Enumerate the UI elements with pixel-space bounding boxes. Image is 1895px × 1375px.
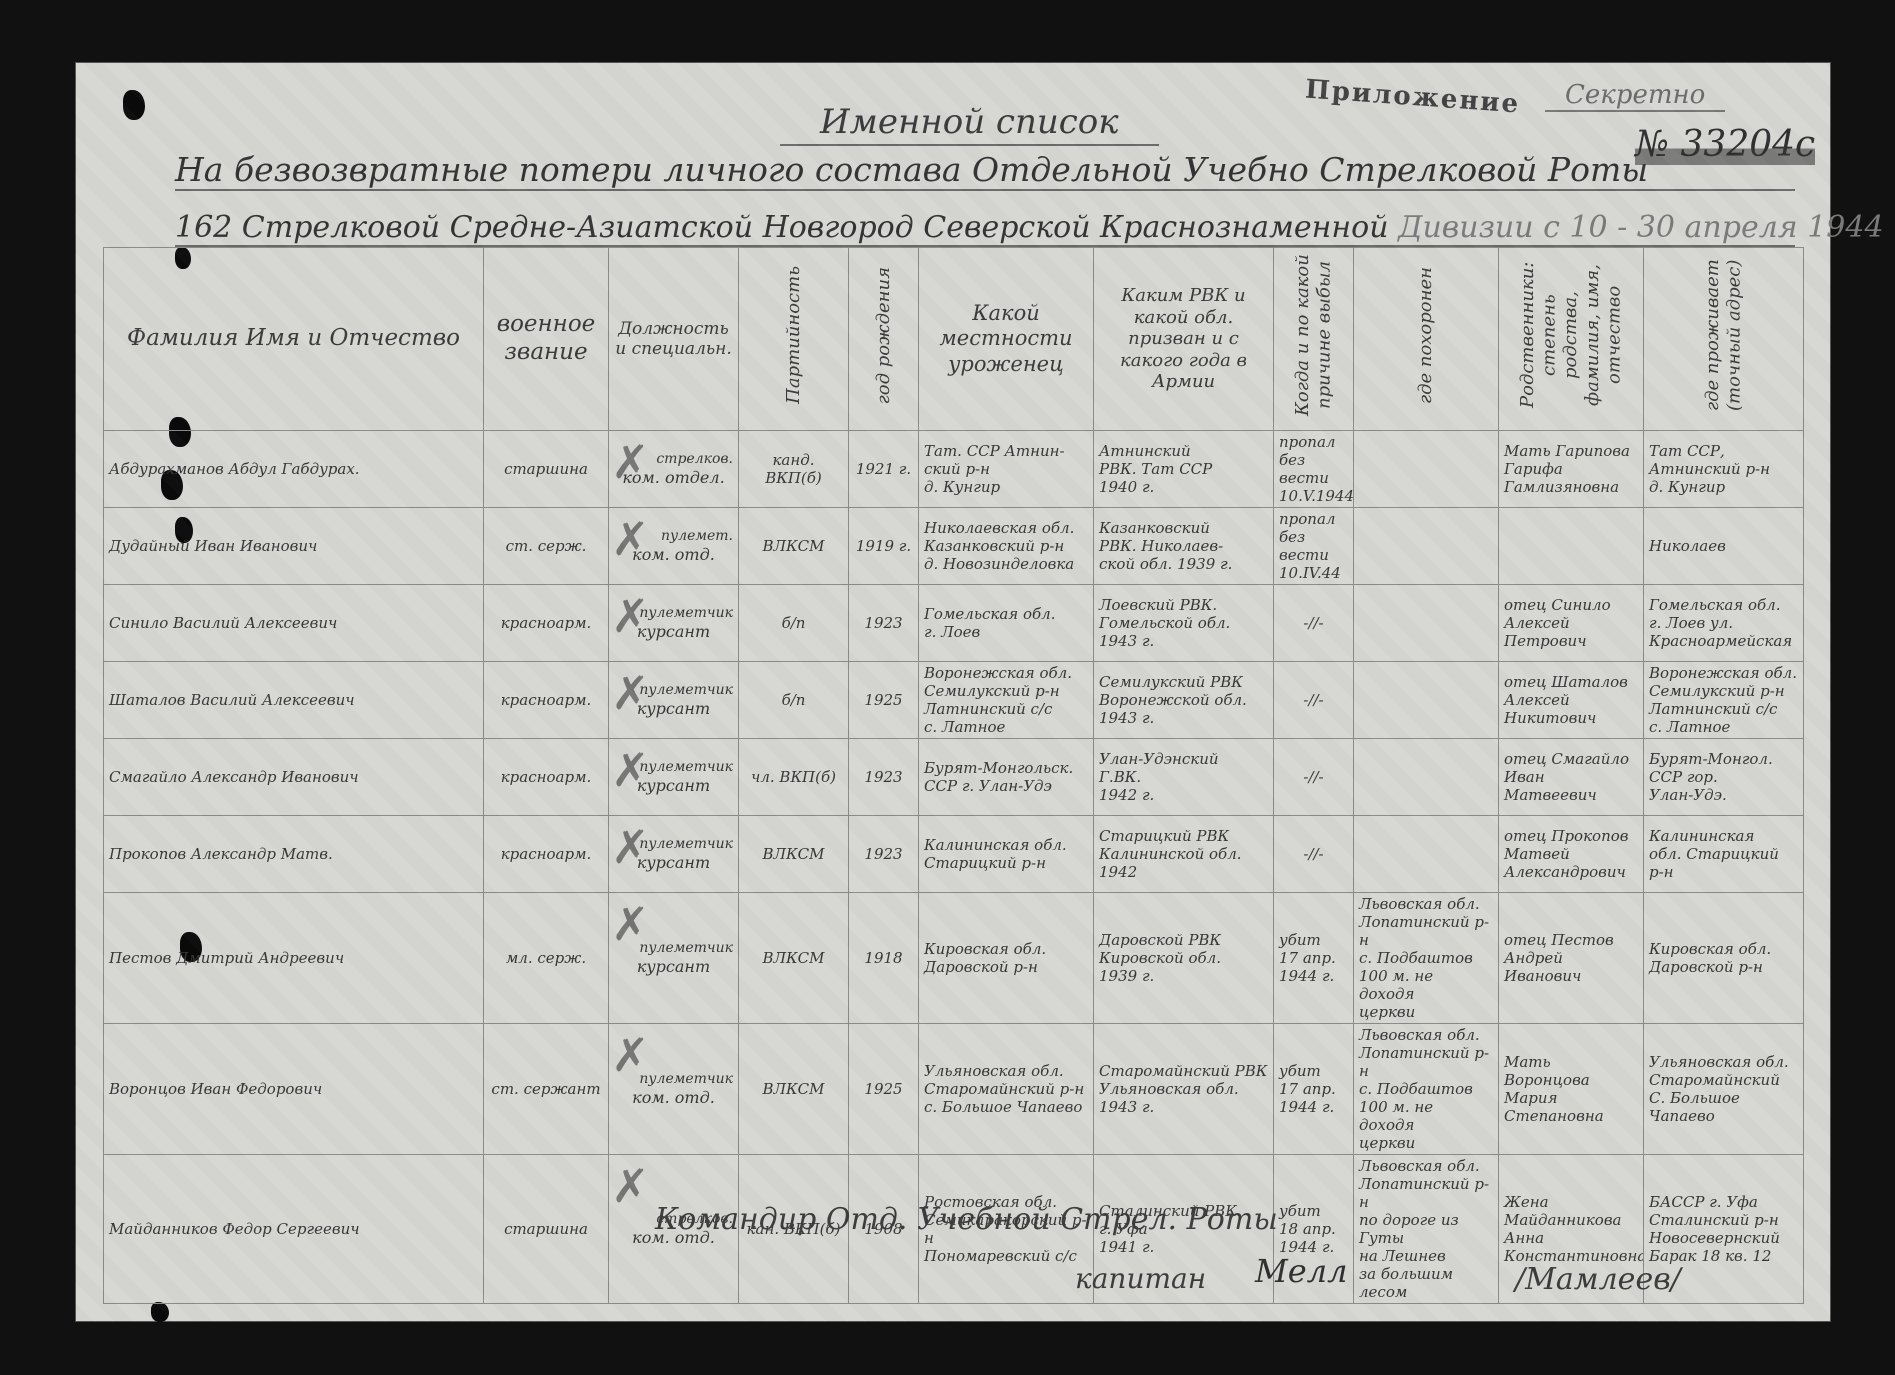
cell-address: Гомельская обл.г. Лоев ул.Красноармейска… [1644,585,1804,662]
cell-rank: красноарм. [484,585,609,662]
cell-reason-line: 1944 г. [1279,1098,1348,1116]
full-name-text: Дудайный Иван Иванович [109,537,317,555]
cell-relatives-line: Петрович [1504,632,1638,650]
cell-birthplace: Воронежская обл.Семилукский р-нЛатнински… [919,662,1094,739]
cell-address: Бурят-Монгол.ССР гор.Улан-Удэ. [1644,739,1804,816]
cell-relatives-line: Мать [1504,1053,1638,1071]
cell-birthplace-line: Ульяновская обл. [924,1062,1088,1080]
header-relatives-text: Родственники: степень родства, фамилия, … [1517,250,1625,420]
cell-relatives-line: Майданникова [1504,1211,1638,1229]
cell-buried [1354,662,1499,739]
cell-relatives: отец ПрокоповМатвейАлександрович [1499,816,1644,893]
cell-birthplace-line: д. Кунгир [924,478,1088,496]
cell-conscripted-line: 1939 г. [1099,967,1268,985]
cell-relatives-line: Мария [1504,1089,1638,1107]
cell-conscripted: Даровской РВККировской обл.1939 г. [1094,893,1274,1024]
cell-conscripted-line: 1942 г. [1099,786,1268,804]
cell-conscripted-line: ской обл. 1939 г. [1099,555,1268,573]
cell-conscripted-line: Атнинский [1099,442,1268,460]
punch-hole-mark [123,90,145,120]
cell-birthplace-line: Старомайнский р-н [924,1080,1088,1098]
cell-address: Ульяновская обл.СтаромайнскийС. Большое … [1644,1024,1804,1155]
cell-address-line: Гомельская обл. [1649,596,1798,614]
table-row: 6Прокопов Александр Матв.красноарм.✗пуле… [104,816,1804,893]
cell-birth-year: 1925 [849,662,919,739]
cell-conscripted-line: Гомельской обл. [1099,614,1268,632]
cell-position: ✗стрелков.ком. отдел. [609,431,739,508]
cell-conscripted-line: Старицкий РВК [1099,827,1268,845]
cell-birth-year: 1921 г. [849,431,919,508]
cell-buried [1354,585,1499,662]
cell-address-line: Семилукский р-н [1649,682,1798,700]
cell-conscripted-line: Даровской РВК [1099,931,1268,949]
cell-address-line: Николаев [1649,537,1798,555]
cell-relatives-line: отец Синило [1504,596,1638,614]
cell-position: ✗пулеметчиккурсант [609,739,739,816]
cell-address-line: Бурят-Монгол. [1649,750,1798,768]
secrecy-mark: Секретно [1545,80,1725,112]
cell-address-line: С. Большое Чапаево [1649,1089,1798,1125]
cell-birthplace-line: Даровской р-н [924,958,1088,976]
cell-birthplace-line: ССР г. Улан-Удэ [924,777,1088,795]
cell-relatives-line: Иван [1504,768,1638,786]
cell-full-name: 6Прокопов Александр Матв. [104,816,484,893]
cell-birthplace-line: Старицкий р-н [924,854,1088,872]
cell-buried [1354,816,1499,893]
header-full-name: Фамилия Имя и Отчество [104,248,484,431]
cell-conscripted-line: 1940 г. [1099,478,1268,496]
cell-address-line: Даровской р-н [1649,958,1798,976]
cell-reason-line: без вести [1279,528,1348,564]
full-name-text: Пестов Дмитрий Андреевич [109,949,344,967]
header-conscripted: Каким РВК и какой обл. призван и с каког… [1094,248,1274,431]
cell-party: ВЛКСМ [739,1024,849,1155]
cell-address: Воронежская обл.Семилукский р-нЛатнински… [1644,662,1804,739]
cell-address-line: Кировская обл. [1649,940,1798,958]
cell-birthplace-line: Пономаревский с/с [924,1247,1088,1265]
cell-address: Кировская обл.Даровской р-н [1644,893,1804,1024]
cell-reason: -//- [1274,662,1354,739]
header-buried-text: где похоронен [1415,267,1437,404]
checkmark-icon: ✗ [611,666,650,721]
checkmark-icon: ✗ [611,1028,650,1083]
cell-conscripted-line: РВК. Тат ССР [1099,460,1268,478]
signatory-title: Командир Отд. Учебной Стрел. Роты [655,1202,1278,1237]
heading-line-2: 162 Стрелковой Средне-Азиатской Новгород… [175,210,1795,247]
cell-address-line: Красноармейская [1649,632,1798,650]
heading-line-1: На безвозвратные потери личного состава … [175,150,1795,191]
cell-reason-line: 10.V.1944 [1279,487,1348,505]
cell-address-line: Атнинский р-н [1649,460,1798,478]
cell-relatives-line: Матвей [1504,845,1638,863]
cell-full-name: 1Абдурахманов Абдул Габдурах. [104,431,484,508]
cell-address-line: с. Латное [1649,718,1798,736]
header-reason: Когда и по какой причине выбыл [1274,248,1354,431]
position-role: курсант [614,957,733,976]
cell-buried-line: с. Подбаштов [1359,949,1493,967]
header-birth-year: год рождения [849,248,919,431]
cell-relatives [1499,508,1644,585]
cell-address-line: Калининская [1649,827,1798,845]
cell-relatives-line: Анна [1504,1229,1638,1247]
cell-buried-line: Львовская обл. [1359,1157,1493,1175]
cell-address-line: Сталинский р-н [1649,1211,1798,1229]
checkmark-icon: ✗ [611,512,650,567]
cell-conscripted-line: РВК. Николаев- [1099,537,1268,555]
cell-address-line: Улан-Удэ. [1649,786,1798,804]
cell-birthplace-line: Латнинский с/с [924,700,1088,718]
cell-birthplace-line: Семилукский р-н [924,682,1088,700]
cell-reason: убит17 апр.1944 г. [1274,1024,1354,1155]
cell-conscripted-line: Казанковский [1099,519,1268,537]
cell-reason: -//- [1274,585,1354,662]
cell-birthplace-line: с. Большое Чапаево [924,1098,1088,1116]
table-row: 4Шаталов Василий Алексеевичкрасноарм.✗пу… [104,662,1804,739]
cell-address-line: Старомайнский [1649,1071,1798,1089]
cell-buried-line: 100 м. не доходя [1359,1098,1493,1134]
cell-address-line: р-н [1649,863,1798,881]
cell-birth-year: 1918 [849,893,919,1024]
table-row: 7Пестов Дмитрий Андреевичмл. серж.✗пулем… [104,893,1804,1024]
cell-position: ✗пулеметчикком. отд. [609,1024,739,1155]
cell-conscripted-line: 1941 г. [1099,1238,1268,1256]
cell-birthplace-line: Воронежская обл. [924,664,1088,682]
cell-birthplace-line: Казанковский р-н [924,537,1088,555]
cell-rank: ст. серж. [484,508,609,585]
full-name-text: Воронцов Иван Федорович [109,1080,322,1098]
cell-conscripted-line: 1943 г. [1099,632,1268,650]
checkmark-icon: ✗ [611,897,650,952]
cell-birthplace-line: Гомельская обл. [924,605,1088,623]
cell-address-line: д. Кунгир [1649,478,1798,496]
cell-relatives-line: Александрович [1504,863,1638,881]
cell-relatives-line: Алексей [1504,614,1638,632]
table-row: 3Синило Василий Алексеевичкрасноарм.✗пул… [104,585,1804,662]
cell-address: Николаев [1644,508,1804,585]
cell-rank: старшина [484,431,609,508]
cell-address-line: г. Лоев ул. [1649,614,1798,632]
cell-reason-line: -//- [1279,845,1348,863]
cell-relatives-line: Жена [1504,1193,1638,1211]
cell-relatives-line: Воронцова [1504,1071,1638,1089]
checkmark-icon: ✗ [611,1159,650,1214]
cell-relatives: отец ШаталовАлексейНикитович [1499,662,1644,739]
cell-conscripted: Лоевский РВК.Гомельской обл.1943 г. [1094,585,1274,662]
cell-rank: старшина [484,1155,609,1304]
cell-relatives-line: отец Смагайло [1504,750,1638,768]
full-name-text: Прокопов Александр Матв. [109,845,333,863]
cell-birthplace-line: ский р-н [924,460,1088,478]
cell-conscripted-line: Старомайнский РВК [1099,1062,1268,1080]
header-position: Должность и специальн. [609,248,739,431]
cell-full-name: 3Синило Василий Алексеевич [104,585,484,662]
cell-buried-line: Львовская обл. [1359,1026,1493,1044]
cell-reason-line: -//- [1279,768,1348,786]
cell-conscripted-line: Ульяновская обл. [1099,1080,1268,1098]
cell-address-line: обл. Старицкий [1649,845,1798,863]
cell-buried-line: за большим лесом [1359,1265,1493,1301]
table-row: 1Абдурахманов Абдул Габдурах.старшина✗ст… [104,431,1804,508]
cell-reason-line: -//- [1279,691,1348,709]
cell-full-name: 2Дудайный Иван Иванович [104,508,484,585]
cell-relatives: отец СинилоАлексейПетрович [1499,585,1644,662]
cell-party: чл. ВКП(б) [739,739,849,816]
checkmark-icon: ✗ [611,589,650,644]
cell-reason-line: пропал [1279,510,1348,528]
cell-birthplace: Калининская обл.Старицкий р-н [919,816,1094,893]
header-buried: где похоронен [1354,248,1499,431]
cell-rank: красноарм. [484,739,609,816]
cell-buried-line: 100 м. не доходя [1359,967,1493,1003]
cell-birth-year: 1923 [849,585,919,662]
document-title: Именной список [780,102,1159,146]
cell-birth-year: 1923 [849,816,919,893]
cell-relatives-line: отец Пестов [1504,931,1638,949]
cell-conscripted: КазанковскийРВК. Николаев-ской обл. 1939… [1094,508,1274,585]
cell-conscripted-line: Улан-Удэнский [1099,750,1268,768]
cell-reason-line: без вести [1279,451,1348,487]
cell-address: Калининскаяобл. Старицкийр-н [1644,816,1804,893]
cell-buried-line: Львовская обл. [1359,895,1493,913]
cell-conscripted: Улан-УдэнскийГ.ВК.1942 г. [1094,739,1274,816]
header-address-text: где проживает (точный адрес) [1702,250,1745,420]
cell-buried-line: церкви [1359,1003,1493,1021]
cell-birthplace: Тат. ССР Атнин-ский р-нд. Кунгир [919,431,1094,508]
table-row: 5Смагайло Александр Ивановичкрасноарм.✗п… [104,739,1804,816]
document-sheet: Именной список Приложение Секретно № 332… [75,62,1831,1322]
cell-birthplace-line: д. Новозинделовка [924,555,1088,573]
header-reason-text: Когда и по какой причине выбыл [1292,250,1335,420]
cell-relatives-line: отец Шаталов [1504,673,1638,691]
cell-buried-line: с. Подбаштов [1359,1080,1493,1098]
cell-full-name: 9Майданников Федор Сергеевич [104,1155,484,1304]
cell-relatives-line: Гарифа [1504,460,1638,478]
cell-address-line: БАССР г. Уфа [1649,1193,1798,1211]
cell-conscripted-line: Г.ВК. [1099,768,1268,786]
header-birthplace: Какой местности уроженец [919,248,1094,431]
cell-address-line: Новосевернский [1649,1229,1798,1247]
cell-birthplace: Гомельская обл.г. Лоев [919,585,1094,662]
cell-party: б/п [739,662,849,739]
cell-address: Тат ССР,Атнинский р-нд. Кунгир [1644,431,1804,508]
cell-conscripted: АтнинскийРВК. Тат ССР1940 г. [1094,431,1274,508]
cell-relatives-line: Никитович [1504,709,1638,727]
cell-conscripted: Старицкий РВККалининской обл.1942 [1094,816,1274,893]
cell-buried: Львовская обл.Лопатинский р-нс. Подбашто… [1354,1024,1499,1155]
cell-address-line: Ульяновская обл. [1649,1053,1798,1071]
table-header-row: Фамилия Имя и Отчество военное звание До… [104,248,1804,431]
cell-position: ✗пулеметчиккурсант [609,893,739,1024]
header-address: где проживает (точный адрес) [1644,248,1804,431]
cell-relatives-line: Алексей [1504,691,1638,709]
header-party: Партийность [739,248,849,431]
cell-birthplace-line: Николаевская обл. [924,519,1088,537]
cell-conscripted: Семилукский РВКВоронежской обл.1943 г. [1094,662,1274,739]
punch-hole-mark [151,1302,169,1322]
cell-conscripted-line: 1943 г. [1099,709,1268,727]
signature: Мелл [1255,1252,1347,1290]
cell-reason: пропалбез вести10.IV.44 [1274,508,1354,585]
cell-relatives: Мать ГариповаГарифаГамлизяновна [1499,431,1644,508]
cell-conscripted-line: 1942 [1099,863,1268,881]
cell-birthplace-line: с. Латное [924,718,1088,736]
cell-buried-line: церкви [1359,1134,1493,1152]
checkmark-icon: ✗ [611,435,650,490]
signatory-name: /Мамлеев/ [1515,1262,1681,1297]
header-relatives: Родственники: степень родства, фамилия, … [1499,248,1644,431]
cell-birthplace-line: Тат. ССР Атнин- [924,442,1088,460]
cell-party: канд. ВКП(б) [739,431,849,508]
cell-reason-line: -//- [1279,614,1348,632]
cell-birthplace-line: Кировская обл. [924,940,1088,958]
cell-buried [1354,508,1499,585]
cell-buried [1354,739,1499,816]
cell-reason-line: 17 апр. [1279,949,1348,967]
cell-reason: -//- [1274,739,1354,816]
signatory-rank: капитан [1075,1262,1206,1295]
cell-address-line: Тат ССР, [1649,442,1798,460]
table-row: 8Воронцов Иван Федоровичст. сержант✗пуле… [104,1024,1804,1155]
cell-address-line: Латнинский с/с [1649,700,1798,718]
cell-relatives-line: Андрей [1504,949,1638,967]
cell-buried [1354,431,1499,508]
cell-relatives: отец ПестовАндрейИванович [1499,893,1644,1024]
cell-relatives-line: Степановна [1504,1107,1638,1125]
checkmark-icon: ✗ [611,820,650,875]
table-row: 2Дудайный Иван Ивановичст. серж.✗пулемет… [104,508,1804,585]
cell-reason-line: пропал [1279,433,1348,451]
cell-relatives-line: Мать Гарипова [1504,442,1638,460]
table-body: 1Абдурахманов Абдул Габдурах.старшина✗ст… [104,431,1804,1304]
cell-conscripted-line: Лоевский РВК. [1099,596,1268,614]
cell-party: ВЛКСМ [739,816,849,893]
cell-relatives-line: Иванович [1504,967,1638,985]
full-name-text: Смагайло Александр Иванович [109,768,359,786]
cell-buried-line: по дороге из Гуты [1359,1211,1493,1247]
cell-position: ✗пулеметчиккурсант [609,662,739,739]
cell-conscripted-line: Кировской обл. [1099,949,1268,967]
checkmark-icon: ✗ [611,743,650,798]
cell-reason-line: 17 апр. [1279,1080,1348,1098]
cell-buried-line: Лопатинский р-н [1359,1175,1493,1211]
cell-full-name: 4Шаталов Василий Алексеевич [104,662,484,739]
cell-buried: Львовская обл.Лопатинский р-нпо дороге и… [1354,1155,1499,1304]
cell-buried-line: Лопатинский р-н [1359,1044,1493,1080]
cell-reason: пропалбез вести10.V.1944 [1274,431,1354,508]
cell-buried: Львовская обл.Лопатинский р-нс. Подбашто… [1354,893,1499,1024]
cell-rank: мл. серж. [484,893,609,1024]
cell-address-line: Воронежская обл. [1649,664,1798,682]
cell-position: ✗пулемет.ком. отд. [609,508,739,585]
cell-birthplace: Кировская обл.Даровской р-н [919,893,1094,1024]
cell-reason: убит17 апр.1944 г. [1274,893,1354,1024]
full-name-text: Шаталов Василий Алексеевич [109,691,355,709]
cell-party: ВЛКСМ [739,508,849,585]
full-name-text: Синило Василий Алексеевич [109,614,337,632]
cell-reason-line: убит [1279,1202,1348,1220]
cell-birthplace-line: г. Лоев [924,623,1088,641]
cell-relatives: МатьВоронцоваМарияСтепановна [1499,1024,1644,1155]
cell-conscripted: Старомайнский РВКУльяновская обл.1943 г. [1094,1024,1274,1155]
cell-birth-year: 1925 [849,1024,919,1155]
cell-birthplace: Николаевская обл.Казанковский р-нд. Ново… [919,508,1094,585]
cell-reason-line: 1944 г. [1279,967,1348,985]
full-name-text: Майданников Федор Сергеевич [109,1220,360,1238]
cell-position: ✗пулеметчиккурсант [609,816,739,893]
cell-position: ✗пулеметчиккурсант [609,585,739,662]
cell-address-line: ССР гор. [1649,768,1798,786]
casualty-table: Фамилия Имя и Отчество военное звание До… [103,247,1804,1304]
cell-reason-line: 10.IV.44 [1279,564,1348,582]
cell-full-name: 8Воронцов Иван Федорович [104,1024,484,1155]
cell-birthplace-line: Бурят-Монгольск. [924,759,1088,777]
cell-party: ВЛКСМ [739,893,849,1024]
cell-birthplace-line: Калининская обл. [924,836,1088,854]
cell-reason-line: убит [1279,1062,1348,1080]
cell-conscripted-line: Воронежской обл. [1099,691,1268,709]
cell-relatives: отец СмагайлоИванМатвеевич [1499,739,1644,816]
cell-birthplace: Ульяновская обл.Старомайнский р-нс. Боль… [919,1024,1094,1155]
cell-relatives-line: Матвеевич [1504,786,1638,804]
stamp-mark: Приложение [1304,75,1521,120]
cell-conscripted-line: Калининской обл. [1099,845,1268,863]
position-role: ком. отд. [614,1088,733,1107]
cell-full-name: 7Пестов Дмитрий Андреевич [104,893,484,1024]
heading-period: Дивизии с 10 - 30 апреля 1944 г. [1398,210,1895,245]
cell-conscripted-line: Семилукский РВК [1099,673,1268,691]
cell-party: б/п [739,585,849,662]
cell-birth-year: 1919 г. [849,508,919,585]
full-name-text: Абдурахманов Абдул Габдурах. [109,460,360,478]
cell-rank: ст. сержант [484,1024,609,1155]
cell-conscripted-line: 1943 г. [1099,1098,1268,1116]
cell-relatives-line: Гамлизяновна [1504,478,1638,496]
cell-reason: -//- [1274,816,1354,893]
cell-rank: красноарм. [484,816,609,893]
cell-birthplace: Бурят-Монгольск.ССР г. Улан-Удэ [919,739,1094,816]
header-party-text: Партийность [783,266,805,404]
cell-full-name: 5Смагайло Александр Иванович [104,739,484,816]
cell-birth-year: 1923 [849,739,919,816]
cell-reason-line: 18 апр. [1279,1220,1348,1238]
cell-relatives-line: отец Прокопов [1504,827,1638,845]
cell-reason-line: убит [1279,931,1348,949]
header-rank: военное звание [484,248,609,431]
cell-buried-line: на Лешнев [1359,1247,1493,1265]
cell-buried-line: Лопатинский р-н [1359,913,1493,949]
cell-rank: красноарм. [484,662,609,739]
heading-unit: 162 Стрелковой Средне-Азиатской Новгород… [175,210,1389,245]
header-birth-year-text: год рождения [873,267,895,404]
